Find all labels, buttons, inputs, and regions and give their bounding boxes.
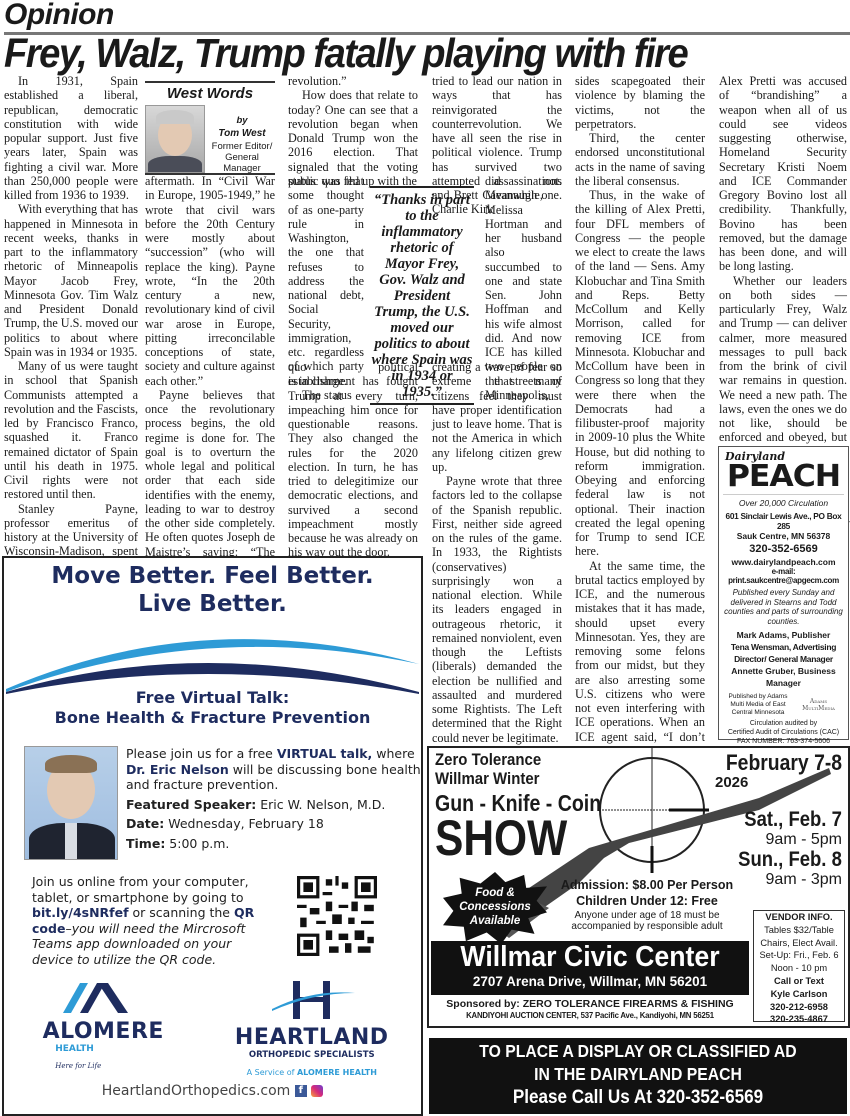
audit-line2: Certified Audit of Circulations (CAC): [719, 728, 848, 737]
paragraph: Payne wrote that three factors led to th…: [432, 474, 562, 745]
staff-business-manager: Annette Gruber, Business Manager: [719, 665, 848, 689]
sat-hours: 9am - 5pm: [724, 830, 842, 850]
published-by: Published by Adams Multi Media of East C…: [723, 693, 793, 717]
alomere-logo: ALOMERE HEALTH Here for Life: [23, 979, 183, 1077]
heartland-h-icon: [267, 979, 357, 1021]
phone: 320-352-6569: [719, 543, 848, 555]
doctor-photo: [24, 746, 118, 860]
article-column-2: aftermath. In “Civil War in Europe, 1905…: [145, 174, 275, 616]
bitly-link[interactable]: bit.ly/4sNRfef: [32, 905, 129, 920]
paragraph: Many of us were taught in school that Sp…: [4, 359, 138, 502]
masthead-logo: PEACH: [716, 463, 850, 491]
address-line1: 601 Sinclair Lewis Ave., PO Box 285: [719, 511, 848, 531]
article-column-5: sides scapegoated their violence by blam…: [575, 74, 705, 858]
admission: Admission: $8.00 Per Person: [557, 878, 737, 892]
paragraph: Alex Pretti was accused of “brandishing”…: [719, 74, 847, 274]
column-byline-box: West Words by Tom West Former Editor/ Ge…: [145, 81, 275, 175]
show-title: SHOW: [435, 812, 567, 864]
author-name: Tom West: [209, 128, 275, 139]
paragraph: sides scapegoated their violence by blam…: [575, 74, 705, 131]
paragraph: status quo that some thought of as one-p…: [288, 174, 364, 388]
gun-show-ad: Zero Tolerance Willmar Winter Gun - Knif…: [427, 746, 850, 1028]
paragraph: revolution.”: [288, 74, 418, 88]
heartland-logo: HEARTLAND ORTHOPEDIC SPECIALISTS A Servi…: [222, 979, 402, 1077]
show-year: 2026: [715, 774, 748, 791]
facebook-icon[interactable]: f: [295, 1085, 307, 1097]
website-link[interactable]: www.dairylandpeach.com: [719, 557, 848, 567]
show-line1: Zero Tolerance: [435, 750, 541, 769]
venue-address: 2707 Arena Drive, Willmar, MN 56201: [431, 973, 749, 991]
classified-ad-banner: TO PLACE A DISPLAY OR CLASSIFIED AD IN T…: [429, 1038, 847, 1114]
article-column-4-lower: creating a wave of fear so extreme that …: [432, 360, 562, 802]
event-time: Time: 5:00 p.m.: [126, 836, 421, 852]
minor-notice-2: accompanied by responsible adult: [557, 921, 737, 932]
address-line2: Sauk Centre, MN 56378: [719, 531, 848, 541]
email-link[interactable]: e-mail: print.saukcentre@apgecm.com: [719, 567, 848, 585]
author-role: Former Editor/ General Manager: [209, 141, 275, 174]
by-label: by: [209, 115, 275, 126]
fax: FAX NUMBER: 763-374-5606: [719, 737, 848, 746]
paragraph: creating a wave of fear so extreme that …: [432, 360, 562, 474]
paragraph: Third, the center endorsed unconstitutio…: [575, 131, 705, 188]
classified-line1: TO PLACE A DISPLAY OR CLASSIFIED AD: [450, 1040, 826, 1063]
venue-banner: Willmar Civic Center 2707 Arena Drive, W…: [431, 941, 749, 995]
paragraph: aftermath. In “Civil War in Europe, 1905…: [145, 174, 275, 388]
staff-publisher: Mark Adams, Publisher: [719, 629, 848, 641]
paragraph: With everything that has happened in Min…: [4, 202, 138, 359]
paragraph: Thus, in the wake of the killing of Alex…: [575, 188, 705, 559]
instagram-icon[interactable]: [311, 1085, 323, 1097]
column-title: West Words: [145, 85, 275, 102]
vendor-info-box: VENDOR INFO. Tables $32/Table Chairs, El…: [753, 910, 845, 1022]
masthead-box: Dairyland PEACH Over 20,000 Circulation …: [718, 446, 849, 740]
show-dates: February 7-8: [726, 750, 842, 776]
sponsor-line: Sponsored by: ZERO TOLERANCE FIREARMS & …: [431, 998, 749, 1010]
paragraph: In 1931, Spain established a liberal, re…: [4, 74, 138, 202]
featured-speaker: Featured Speaker: Eric W. Nelson, M.D.: [126, 797, 421, 813]
staff-ad-director: Tena Wensman, Advertising Director/ Gene…: [719, 641, 848, 665]
headline: Frey, Walz, Trump fatally playing with f…: [4, 30, 687, 77]
show-line2: Willmar Winter: [435, 769, 541, 788]
join-instructions: Join us online from your computer, table…: [32, 874, 257, 967]
section-label: Opinion: [4, 0, 114, 32]
swoosh-graphic: [4, 614, 421, 694]
sponsor-line2: KANDIYOHI AUCTION CENTER, 537 Pacific Av…: [431, 1010, 749, 1022]
venue-name: Willmar Civic Center: [444, 941, 737, 973]
classified-line2: IN THE DAIRYLAND PEACH: [450, 1063, 826, 1086]
event-date: Date: Wednesday, February 18: [126, 816, 421, 832]
alomere-mountain-icon: [58, 979, 148, 1015]
ad-subhead-2: Bone Health & Fracture Prevention: [4, 708, 421, 728]
ad-subhead-1: Free Virtual Talk:: [4, 688, 421, 708]
sun-hours: 9am - 3pm: [724, 870, 842, 890]
sat-date: Sat., Feb. 7: [738, 810, 842, 830]
author-photo: [145, 105, 205, 173]
children-free: Children Under 12: Free: [557, 894, 737, 908]
qr-code[interactable]: [297, 876, 377, 956]
ad-headline-1: Move Better. Feel Better.: [4, 562, 421, 590]
classified-phone: Please Call Us At 320-352-6569: [450, 1086, 826, 1109]
website-link[interactable]: HeartlandOrthopedics.com: [102, 1083, 291, 1099]
audit-line1: Circulation audited by: [719, 719, 848, 728]
ad-intro: Please join us for a free VIRTUAL talk, …: [126, 746, 421, 793]
amm-logo: Adams MultiMedia: [793, 698, 844, 712]
sun-date: Sun., Feb. 8: [738, 850, 842, 870]
concessions-text: Food & Concessions Available: [453, 886, 537, 928]
minor-notice-1: Anyone under age of 18 must be: [557, 910, 737, 921]
circulation: Over 20,000 Circulation: [719, 498, 848, 508]
article-column-1: In 1931, Spain established a liberal, re…: [4, 74, 138, 601]
health-talk-ad: Move Better. Feel Better. Live Better. F…: [2, 556, 423, 1116]
published-info: Published every Sunday and delivered in …: [723, 588, 844, 626]
article-column-3: revolution.” How does that relate to tod…: [288, 74, 418, 188]
